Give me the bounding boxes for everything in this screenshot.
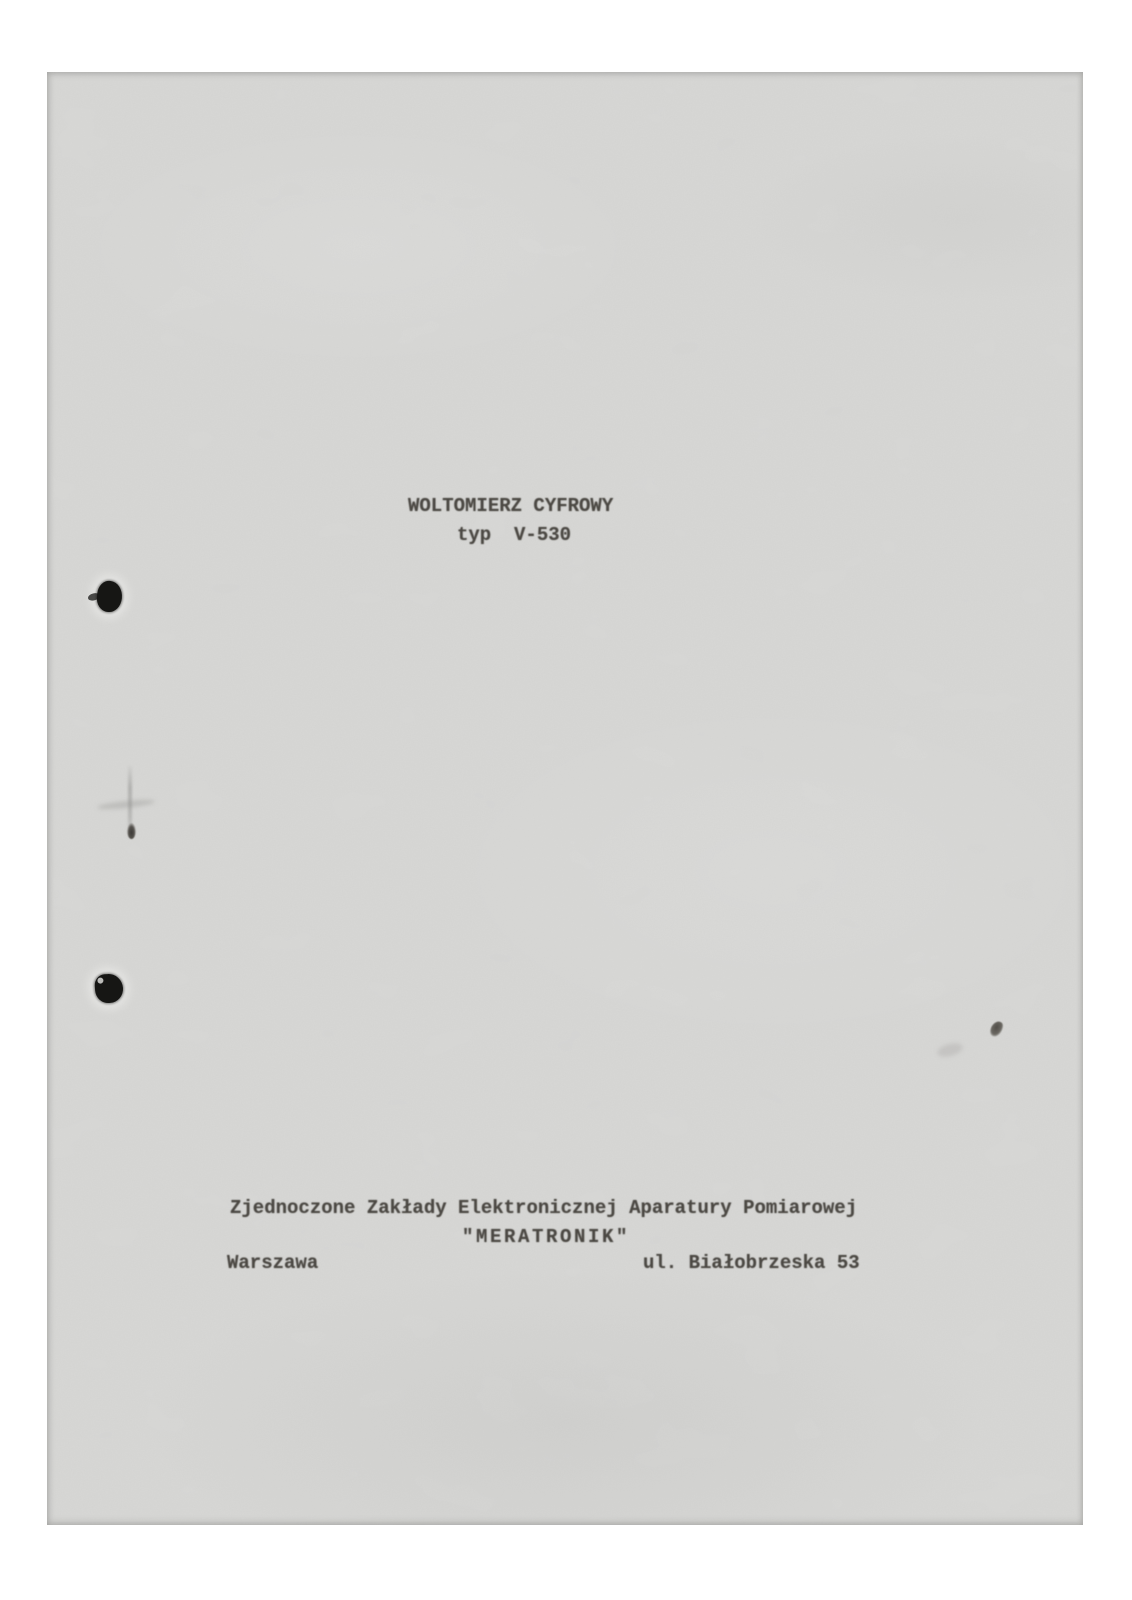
manufacturer-name: Zjednoczone Zakłady Elektronicznej Apara… [230,1199,857,1218]
manufacturer-brand: "MERATRONIK" [462,1228,630,1247]
scan-background: WOLTOMIERZ CYFROWY typ V-530 Zjednoczone… [0,0,1132,1600]
crease-ink-dot [127,823,136,839]
crease-mark-horizontal [97,798,155,811]
document-page: WOLTOMIERZ CYFROWY typ V-530 Zjednoczone… [47,72,1083,1525]
paper-grain-texture [47,72,1083,1525]
document-type-designation: typ V-530 [457,526,571,545]
manufacturer-address: ul. Białobrzeska 53 [643,1254,860,1273]
manufacturer-city: Warszawa [227,1254,318,1273]
punch-hole-bottom [94,973,124,1004]
faint-smudge [936,1041,964,1059]
document-title: WOLTOMIERZ CYFROWY [408,497,613,516]
punch-hole-top [95,580,123,613]
ink-speck [988,1019,1005,1038]
